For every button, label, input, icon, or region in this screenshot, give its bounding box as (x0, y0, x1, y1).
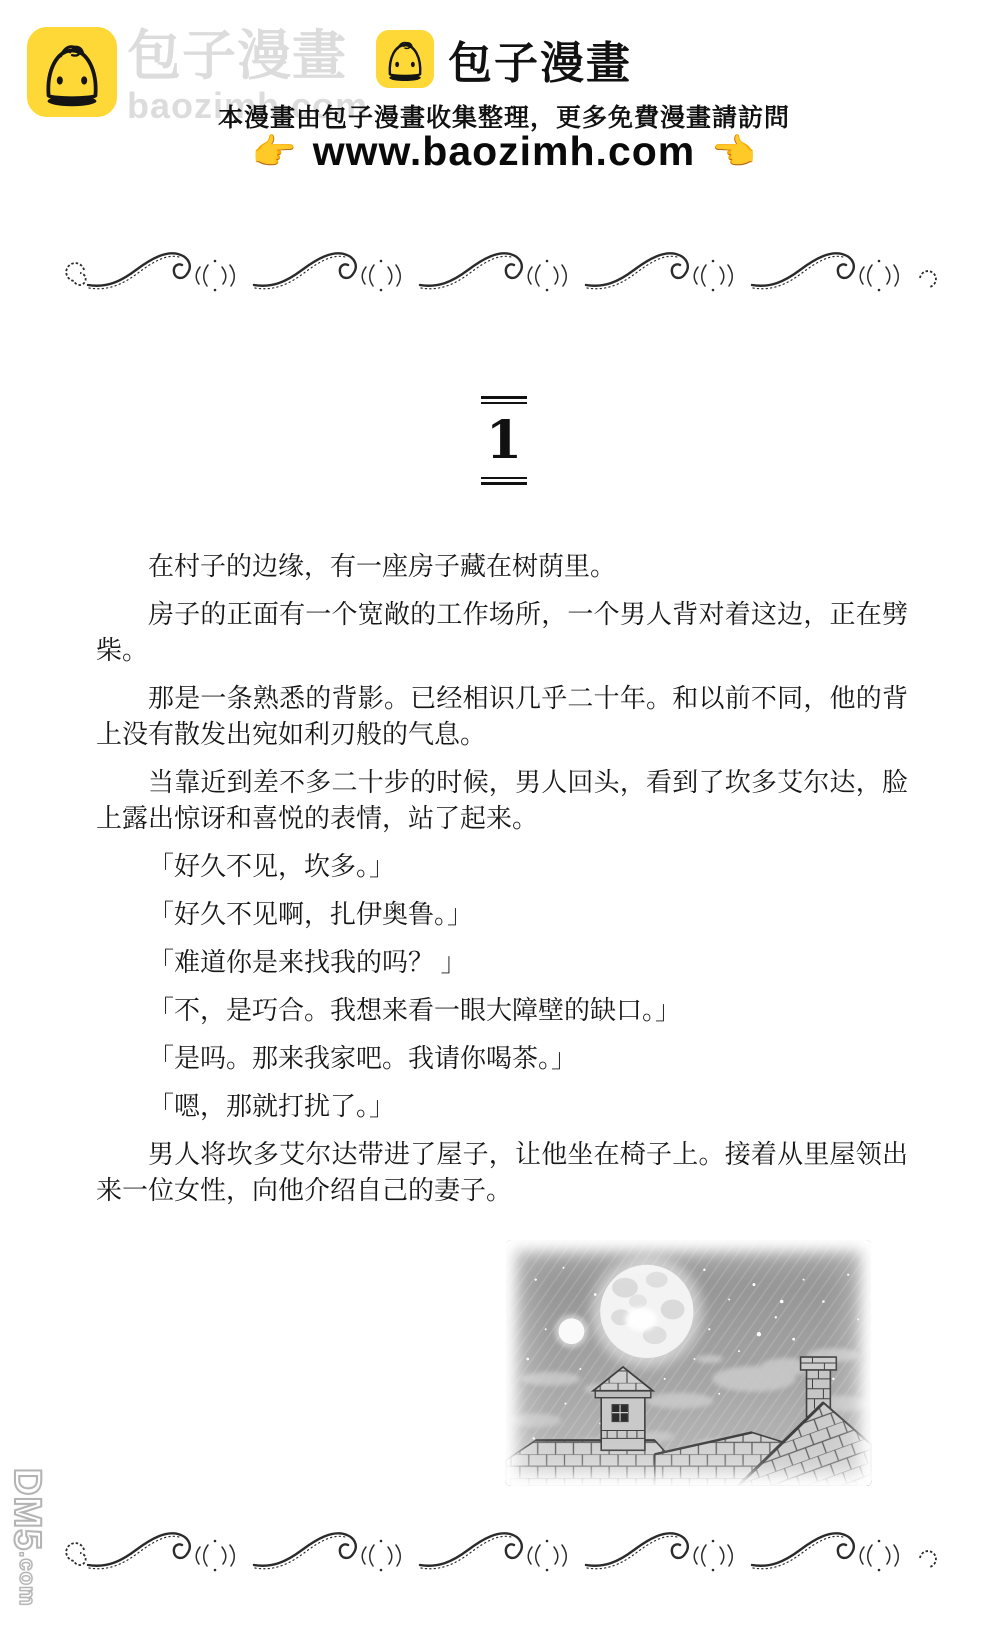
dialogue-line: 「是吗。那来我家吧。我请你喝茶。」 (96, 1041, 908, 1077)
side-watermark-suffix: .com (15, 1551, 40, 1606)
paragraph: 房子的正面有一个宽敞的工作场所，一个男人背对着这边，正在劈柴。 (96, 597, 908, 669)
paragraph: 当靠近到差不多二十步的时候，男人回头，看到了坎多艾尔达，脸上露出惊讶和喜悦的表情… (96, 765, 908, 837)
dialogue-line: 「不，是巧合。我想来看一眼大障壁的缺口。」 (96, 993, 908, 1029)
dialogue-line: 「好久不见，坎多。」 (96, 849, 908, 885)
header-brand-text: 包子漫畫 (448, 27, 632, 91)
ornamental-divider-top (62, 244, 946, 296)
paragraph: 那是一条熟悉的背影。已经相识几乎二十年。和以前不同，他的背上没有散发出宛如利刃般… (96, 681, 908, 753)
point-right-icon: 👉 (252, 134, 297, 170)
point-left-icon: 👈 (711, 134, 756, 170)
side-watermark: DM5.com (8, 1468, 52, 1640)
dialogue-line: 「难道你是来找我的吗？ 」 (96, 945, 908, 981)
header-url-row[interactable]: 👉 www.baozimh.com 👈 (0, 128, 1008, 175)
rule-line (481, 396, 527, 399)
paragraph: 男人将坎多艾尔达带进了屋子，让他坐在椅子上。接着从里屋领出来一位女性，向他介绍自… (96, 1137, 908, 1209)
novel-page: 包子漫畫 baozimh.com 包子漫畫 本漫畫由包子漫畫收集整理，更多免費漫… (0, 0, 1008, 1640)
header-logo-row[interactable]: 包子漫畫 (0, 27, 1008, 91)
rule-line (481, 482, 527, 485)
chapter-number: 1 (486, 417, 522, 465)
side-watermark-text: DM5 (6, 1468, 48, 1551)
site-url[interactable]: www.baozimh.com (313, 128, 696, 175)
rule-line (481, 402, 527, 404)
chapter-heading: 1 (0, 396, 1008, 485)
night-scene-illustration (505, 1240, 872, 1486)
paragraph: 在村子的边缘，有一座房子藏在树荫里。 (96, 549, 908, 585)
ornamental-divider-bottom (62, 1524, 946, 1576)
dialogue-line: 「嗯，那就打扰了。」 (96, 1089, 908, 1125)
small-moon (559, 1318, 585, 1344)
baozi-logo-icon (376, 30, 434, 88)
novel-text: 在村子的边缘，有一座房子藏在树荫里。 房子的正面有一个宽敞的工作场所，一个男人背… (96, 549, 908, 1221)
dialogue-line: 「好久不见啊，扎伊奥鲁。」 (96, 897, 908, 933)
rule-line (481, 477, 527, 479)
